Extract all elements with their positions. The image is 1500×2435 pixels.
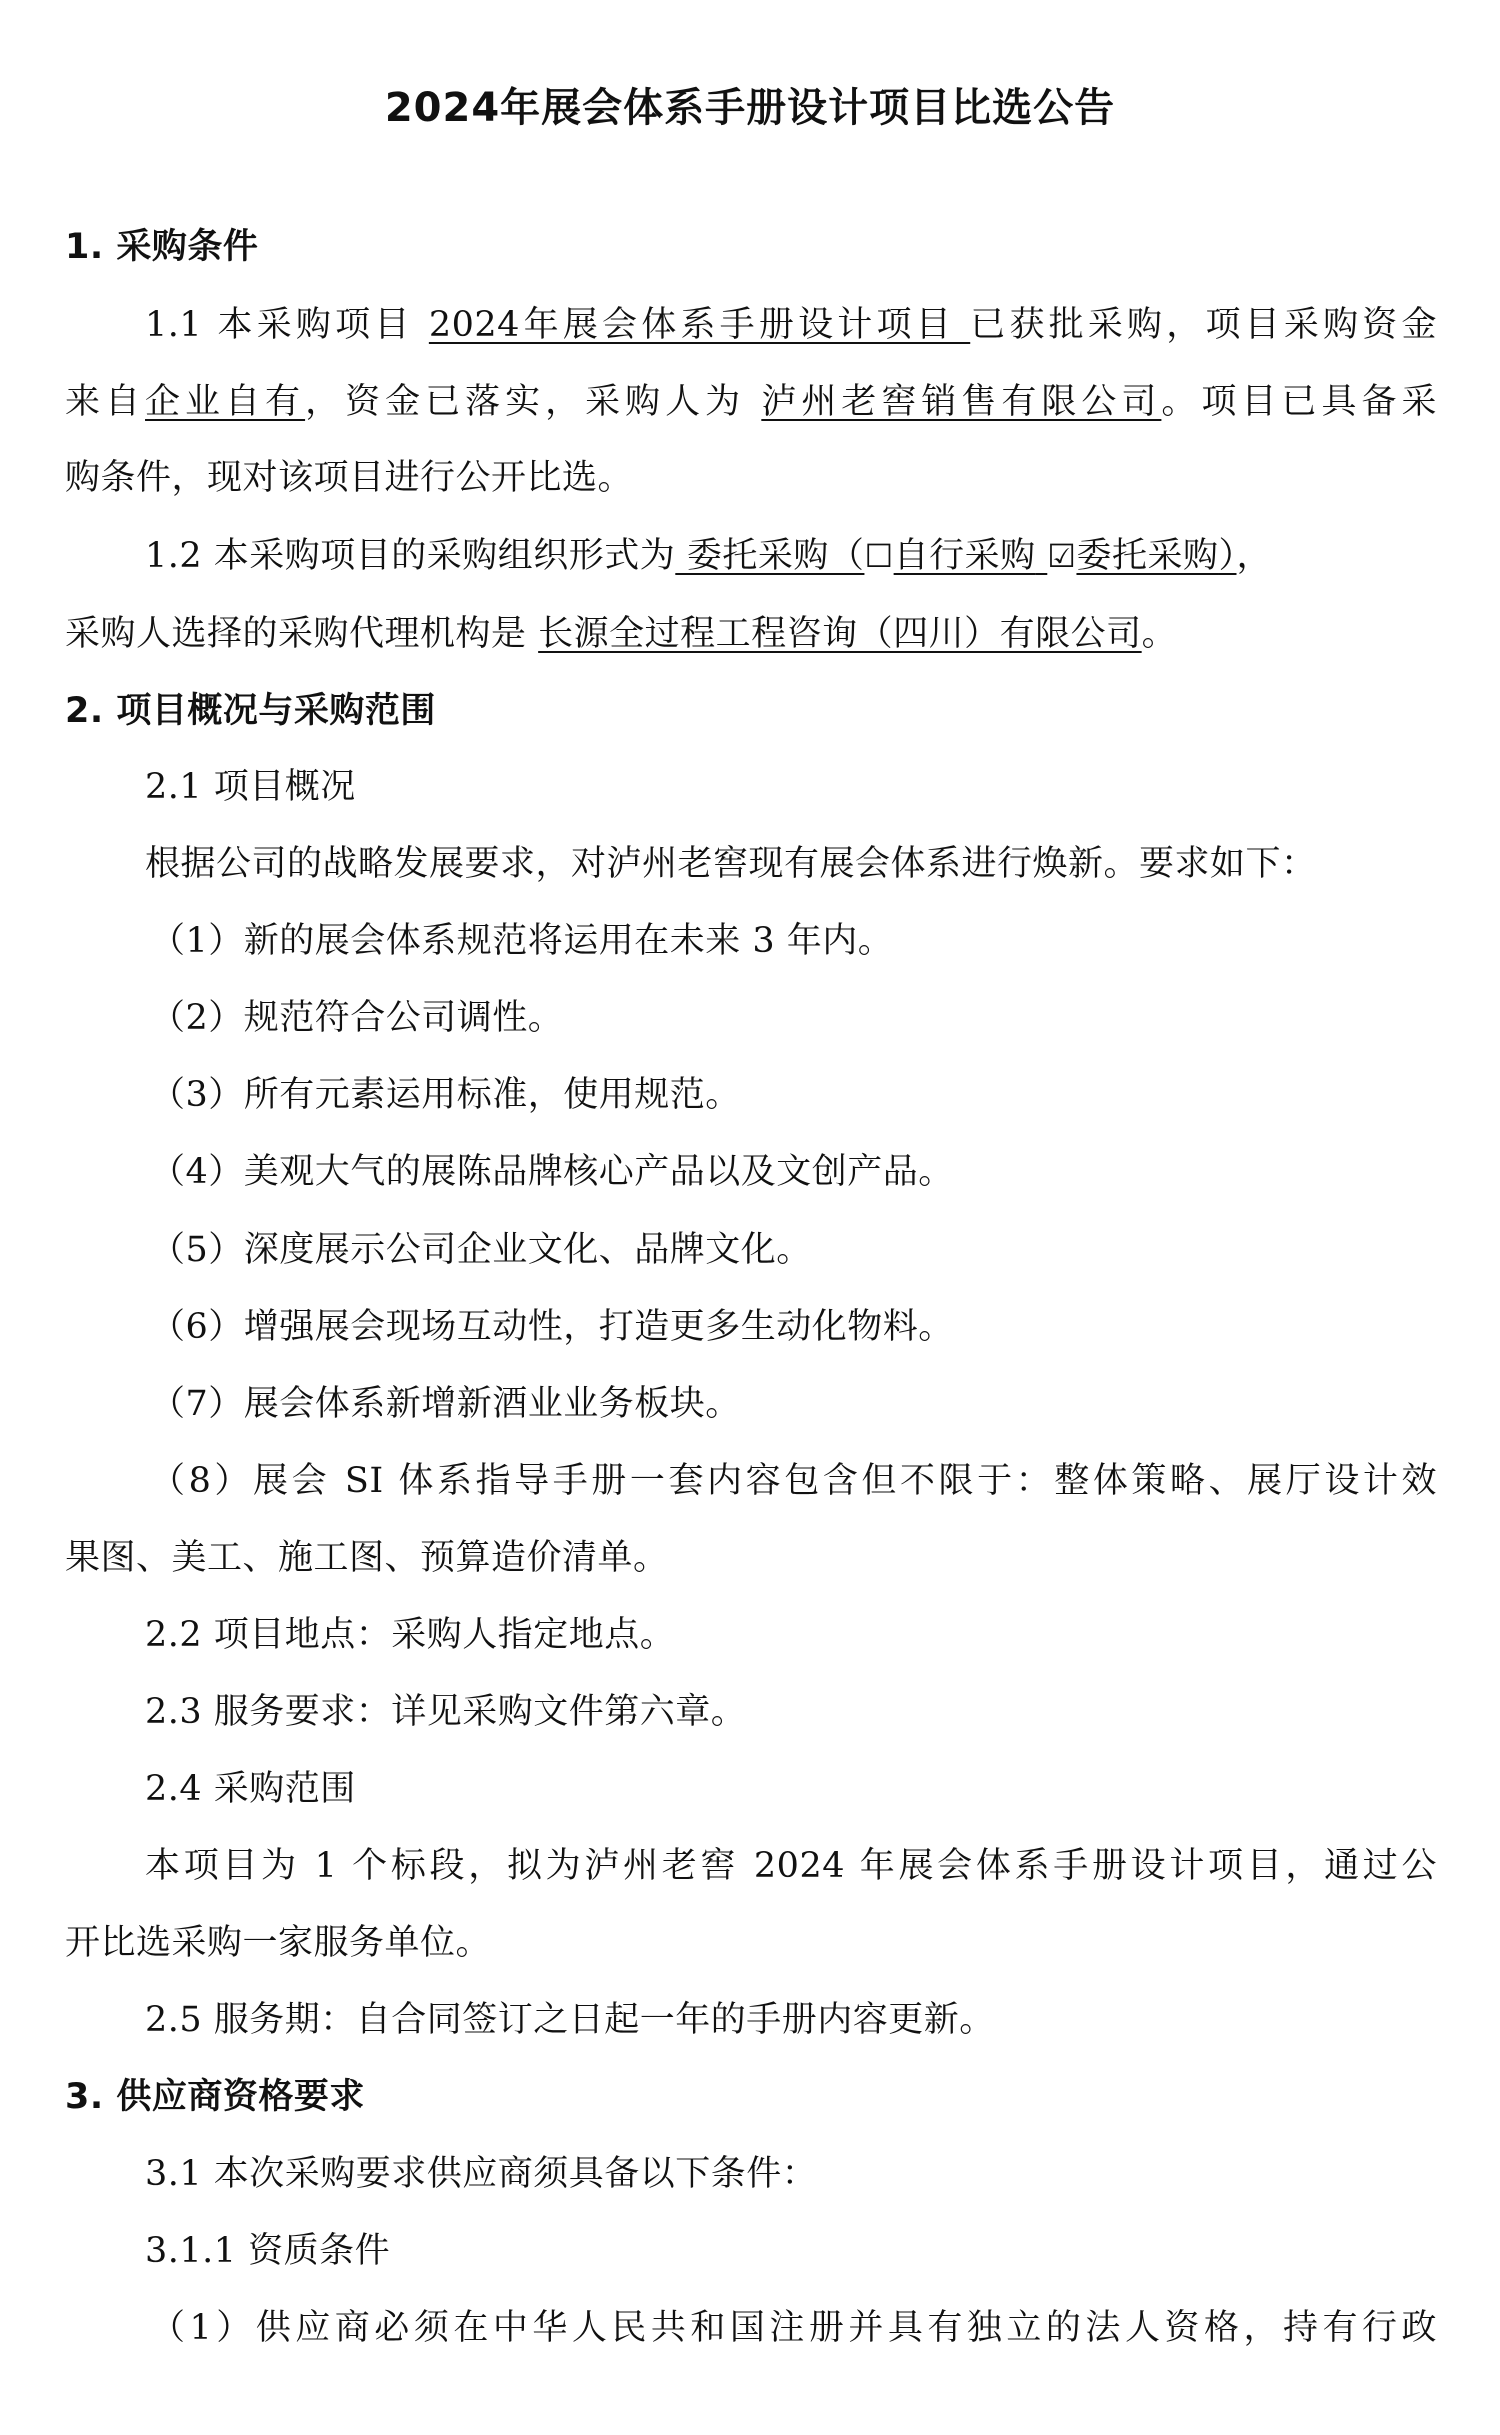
agency-underlined: 长源全过程工程咨询（四川）有限公司: [538, 614, 1142, 654]
option-self-procurement: 自行采购: [894, 536, 1036, 576]
text: ，: [1237, 536, 1273, 576]
checked-box-icon: ☑: [1047, 532, 1076, 580]
subsection-2-5: 2.5 服务期：自合同签订之日起一年的手册内容更新。: [145, 1996, 1437, 2044]
requirement-item-8-line-1: （8）展会 SI 体系指导手册一套内容包含但不限于：整体策略、展厅设计效: [150, 1457, 1437, 1505]
text: 委托采购（: [675, 536, 864, 576]
subsection-2-4: 2.4 采购范围: [145, 1765, 1437, 1813]
document-page: 2024年展会体系手册设计项目比选公告 1. 采购条件 1.1 本采购项目 20…: [0, 0, 1500, 2435]
paragraph-1-2-line-1: 1.2 本采购项目的采购组织形式为 委托采购（☐自行采购 ☑委托采购），: [145, 532, 1437, 580]
subsection-2-3: 2.3 服务要求：详见采购文件第六章。: [145, 1688, 1437, 1736]
subsection-2-1: 2.1 项目概况: [145, 763, 1437, 811]
text: 。: [1142, 614, 1178, 654]
fund-source-underlined: 企业自有: [145, 382, 305, 422]
project-name-underlined: 2024年展会体系手册设计项目: [429, 305, 970, 345]
procurement-form-underlined: 委托采购（☐自行采购 ☑委托采购）: [675, 536, 1236, 576]
paragraph-1-1-line-2: 来自企业自有，资金已落实，采购人为 泸州老窖销售有限公司。项目已具备采: [65, 378, 1437, 426]
scope-line-1: 本项目为 1 个标段，拟为泸州老窖 2024 年展会体系手册设计项目，通过公: [145, 1842, 1437, 1890]
text: 1.1 本采购项目: [145, 305, 429, 345]
subsection-3-1: 3.1 本次采购要求供应商须具备以下条件：: [145, 2150, 1437, 2198]
requirement-item: （6）增强展会现场互动性，打造更多生动化物料。: [150, 1303, 1437, 1351]
requirement-item-8-line-2: 果图、美工、施工图、预算造价清单。: [65, 1534, 1437, 1582]
requirements-intro: 根据公司的战略发展要求，对泸州老窖现有展会体系进行焕新。要求如下：: [145, 840, 1437, 888]
paragraph-1-1-line-3: 购条件，现对该项目进行公开比选。: [65, 454, 1437, 502]
section-heading-2: 2. 项目概况与采购范围: [65, 687, 1437, 735]
unchecked-box-icon: ☐: [864, 532, 893, 580]
section-heading-3: 3. 供应商资格要求: [65, 2073, 1437, 2121]
option-entrusted-procurement: 委托采购: [1076, 536, 1218, 576]
requirement-item: （7）展会体系新增新酒业业务板块。: [150, 1380, 1437, 1428]
scope-line-2: 开比选采购一家服务单位。: [65, 1919, 1437, 1967]
qualification-item-1: （1）供应商必须在中华人民共和国注册并具有独立的法人资格，持有行政: [150, 2304, 1437, 2352]
text: 已获批采购，项目采购资金: [970, 305, 1437, 345]
paragraph-1-2-line-2: 采购人选择的采购代理机构是 长源全过程工程咨询（四川）有限公司。: [65, 610, 1437, 658]
requirement-item: （1）新的展会体系规范将运用在未来 3 年内。: [150, 917, 1437, 965]
text: 采购人选择的采购代理机构是: [65, 614, 538, 654]
requirement-item: （3）所有元素运用标准，使用规范。: [150, 1071, 1437, 1119]
section-heading-1: 1. 采购条件: [65, 223, 1437, 271]
requirement-item: （5）深度展示公司企业文化、品牌文化。: [150, 1226, 1437, 1274]
requirement-item: （4）美观大气的展陈品牌核心产品以及文创产品。: [150, 1148, 1437, 1196]
text: ，资金已落实，采购人为: [305, 382, 761, 422]
subsection-3-1-1: 3.1.1 资质条件: [145, 2227, 1437, 2275]
subsection-2-2: 2.2 项目地点：采购人指定地点。: [145, 1611, 1437, 1659]
text: 。项目已具备采: [1161, 382, 1437, 422]
text: ）: [1218, 536, 1236, 576]
document-title: 2024年展会体系手册设计项目比选公告: [0, 80, 1500, 136]
purchaser-underlined: 泸州老窖销售有限公司: [761, 382, 1161, 422]
text: 来自: [65, 382, 145, 422]
paragraph-1-1-line-1: 1.1 本采购项目 2024年展会体系手册设计项目 已获批采购，项目采购资金: [145, 301, 1437, 349]
text: 1.2 本采购项目的采购组织形式为: [145, 536, 675, 576]
requirement-item: （2）规范符合公司调性。: [150, 994, 1437, 1042]
